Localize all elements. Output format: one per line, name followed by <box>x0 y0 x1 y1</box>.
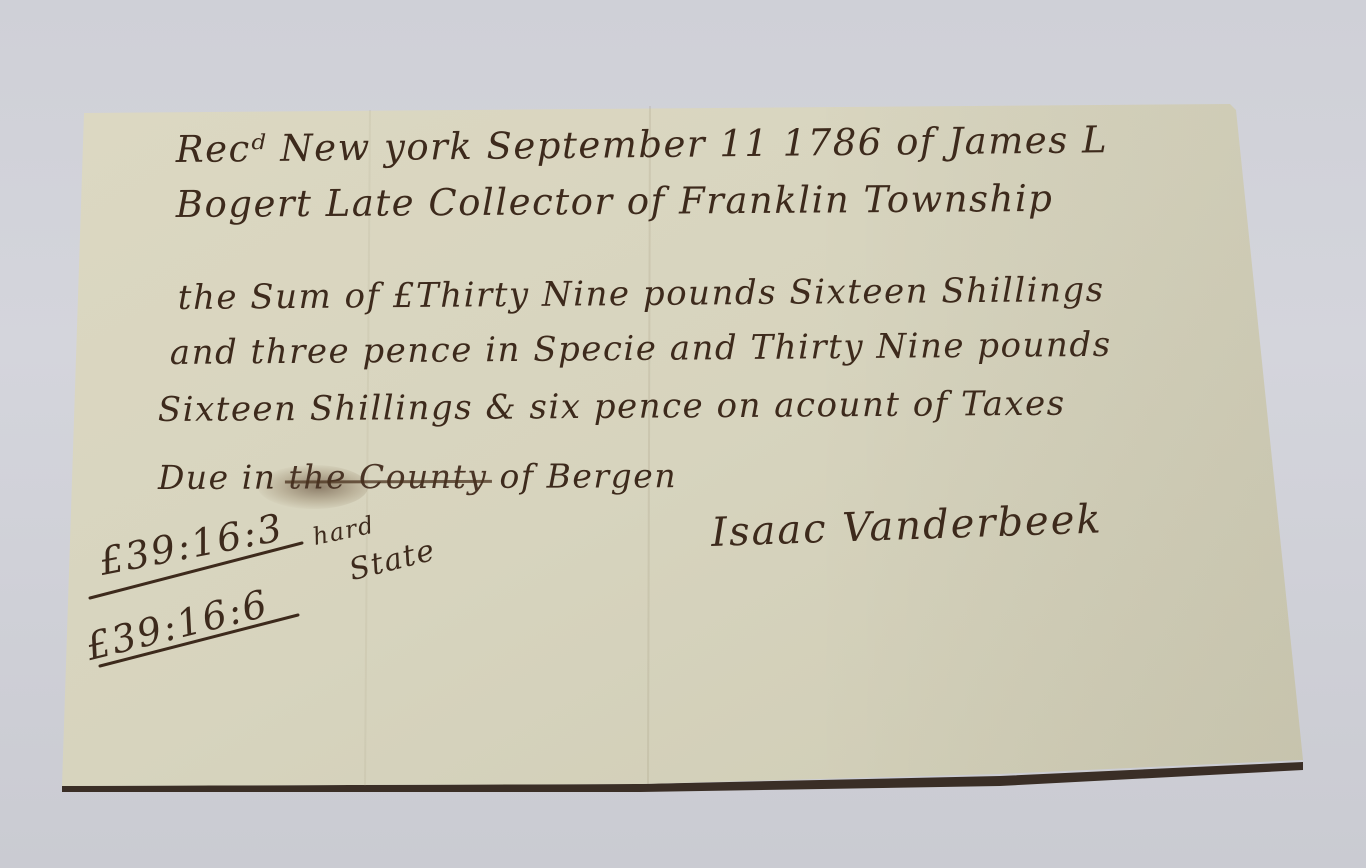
receipt-line-2: Bogert Late Collector of Franklin Townsh… <box>176 177 1054 226</box>
receipt-line-5: Sixteen Shillings & six pence on acount … <box>158 384 1066 430</box>
line-6-prefix: Due in <box>158 458 289 497</box>
struck-text: the County <box>288 457 487 497</box>
receipt-paper: Recᵈ New york September 11 1786 of James… <box>0 0 1366 868</box>
receipt-line-3: the Sum of £Thirty Nine pounds Sixteen S… <box>178 270 1105 318</box>
receipt-line-6: Due in the County of Bergen <box>158 456 677 497</box>
receipt-line-4: and three pence in Specie and Thirty Nin… <box>170 325 1112 373</box>
line-6-suffix: of Bergen <box>487 456 677 496</box>
